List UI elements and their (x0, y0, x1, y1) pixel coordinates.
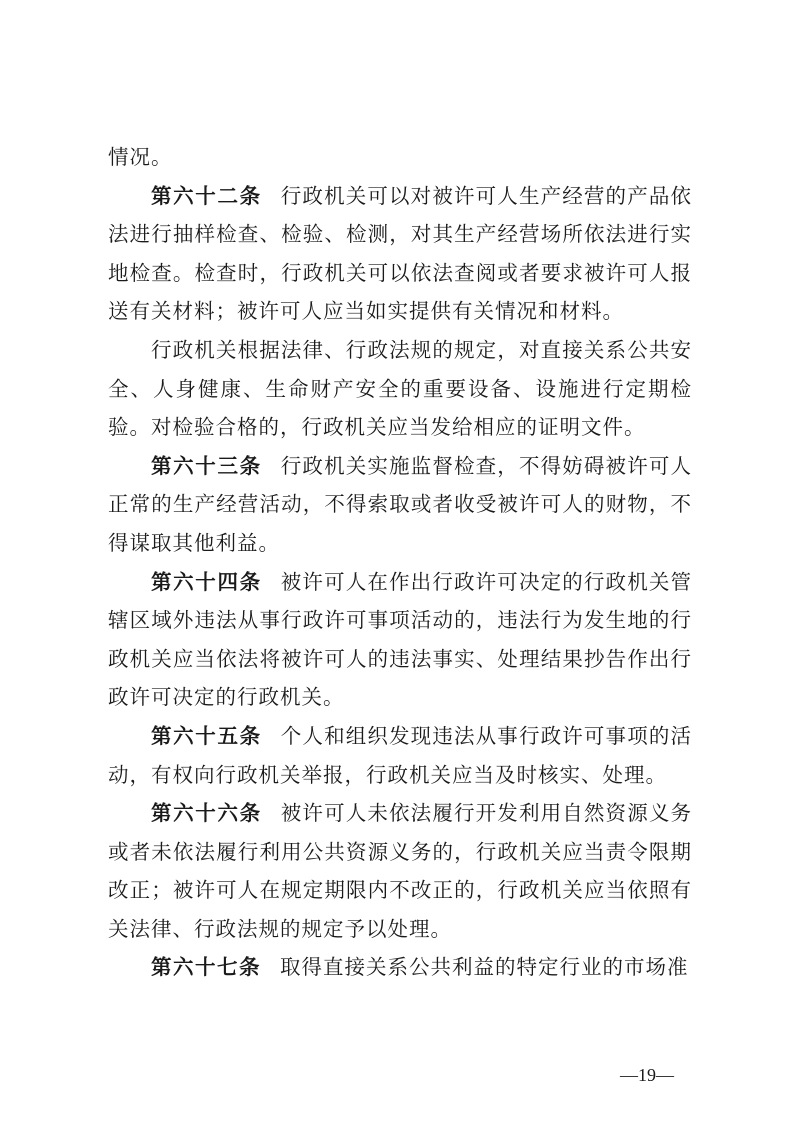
article-number: 第六十七条 (151, 955, 261, 979)
article-62: 第六十二条行政机关可以对被许可人生产经营的产品依法进行抽样检查、检验、检测，对其… (108, 177, 692, 331)
document-page-body: 情况。 第六十二条行政机关可以对被许可人生产经营的产品依法进行抽样检查、检验、检… (108, 138, 692, 987)
article-number: 第六十四条 (151, 570, 262, 594)
page-number: —19— (620, 1065, 674, 1086)
article-63: 第六十三条行政机关实施监督检查，不得妨碍被许可人正常的生产经营活动，不得索取或者… (108, 447, 692, 563)
continuation-text: 情况。 (108, 138, 692, 177)
article-text: 行政机关根据法律、行政法规的规定，对直接关系公共安全、人身健康、生命财产安全的重… (108, 338, 692, 439)
article-number: 第六十六条 (151, 801, 262, 825)
article-66: 第六十六条被许可人未依法履行开发利用自然资源义务或者未依法履行利用公共资源义务的… (108, 794, 692, 948)
article-62-paragraph-2: 行政机关根据法律、行政法规的规定，对直接关系公共安全、人身健康、生命财产安全的重… (108, 331, 692, 447)
article-65: 第六十五条个人和组织发现违法从事行政许可事项的活动，有权向行政机关举报，行政机关… (108, 717, 692, 794)
article-64: 第六十四条被许可人在作出行政许可决定的行政机关管辖区域外违法从事行政许可事项活动… (108, 563, 692, 717)
article-67: 第六十七条取得直接关系公共利益的特定行业的市场准 (108, 948, 692, 987)
article-number: 第六十五条 (151, 724, 262, 748)
article-text: 取得直接关系公共利益的特定行业的市场准 (280, 955, 689, 979)
article-number: 第六十二条 (151, 184, 262, 208)
article-number: 第六十三条 (151, 454, 262, 478)
